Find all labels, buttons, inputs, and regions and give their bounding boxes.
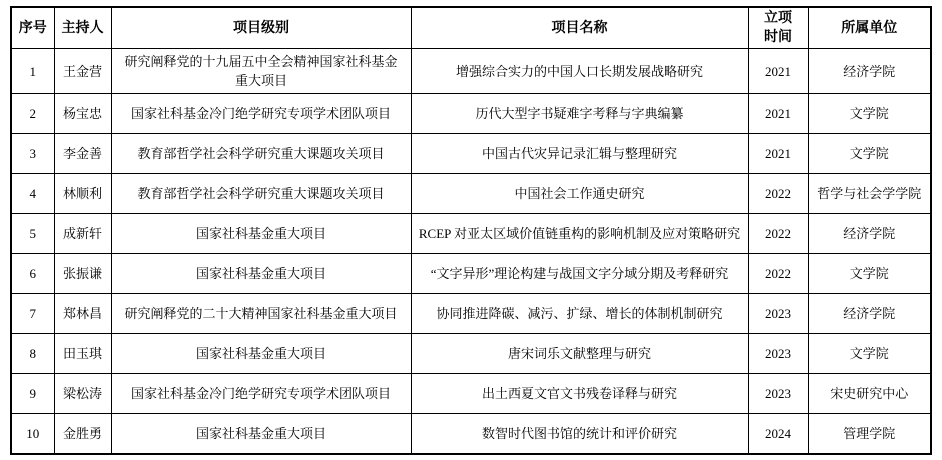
cell-index: 7 — [11, 294, 54, 334]
cell-project-level: 教育部哲学社会科学研究重大课题攻关项目 — [111, 134, 411, 174]
header-approval-year: 立项 时间 — [748, 7, 808, 49]
cell-pi-name: 成新轩 — [54, 214, 111, 254]
cell-project-level: 研究阐释党的十九届五中全会精神国家社科基金 重大项目 — [111, 49, 411, 94]
cell-pi-name: 梁松涛 — [54, 374, 111, 414]
table-row: 1 王金营 研究阐释党的十九届五中全会精神国家社科基金 重大项目 增强综合实力的… — [11, 49, 931, 94]
cell-project-name: 中国古代灾异记录汇辑与整理研究 — [411, 134, 748, 174]
projects-table: 序号 主持人 项目级别 项目名称 立项 时间 所属单位 1 王金营 研究阐释党的… — [10, 6, 932, 455]
cell-project-name: 中国社会工作通史研究 — [411, 174, 748, 214]
cell-project-level: 国家社科基金重大项目 — [111, 414, 411, 454]
cell-approval-year: 2021 — [748, 49, 808, 94]
cell-project-level: 国家社科基金重大项目 — [111, 254, 411, 294]
table-row: 10 金胜勇 国家社科基金重大项目 数智时代图书馆的统计和评价研究 2024 管… — [11, 414, 931, 454]
cell-project-name: 出土西夏文官文书残卷译释与研究 — [411, 374, 748, 414]
cell-unit: 经济学院 — [808, 294, 931, 334]
cell-unit: 文学院 — [808, 134, 931, 174]
cell-project-level: 教育部哲学社会科学研究重大课题攻关项目 — [111, 174, 411, 214]
table-row: 8 田玉琪 国家社科基金重大项目 唐宋词乐文献整理与研究 2023 文学院 — [11, 334, 931, 374]
cell-project-name: “文字异形”理论构建与战国文字分域分期及考释研究 — [411, 254, 748, 294]
cell-unit: 宋史研究中心 — [808, 374, 931, 414]
cell-index: 9 — [11, 374, 54, 414]
cell-project-name: 唐宋词乐文献整理与研究 — [411, 334, 748, 374]
cell-approval-year: 2021 — [748, 94, 808, 134]
cell-unit: 经济学院 — [808, 214, 931, 254]
cell-unit: 哲学与社会学学院 — [808, 174, 931, 214]
table-row: 7 郑林昌 研究阐释党的二十大精神国家社科基金重大项目 协同推进降碳、减污、扩绿… — [11, 294, 931, 334]
document-page: 序号 主持人 项目级别 项目名称 立项 时间 所属单位 1 王金营 研究阐释党的… — [0, 0, 942, 460]
cell-project-level: 国家社科基金冷门绝学研究专项学术团队项目 — [111, 94, 411, 134]
cell-index: 1 — [11, 49, 54, 94]
cell-approval-year: 2023 — [748, 334, 808, 374]
cell-index: 6 — [11, 254, 54, 294]
header-pi-name: 主持人 — [54, 7, 111, 49]
cell-index: 10 — [11, 414, 54, 454]
cell-unit: 管理学院 — [808, 414, 931, 454]
table-row: 2 杨宝忠 国家社科基金冷门绝学研究专项学术团队项目 历代大型字书疑难字考释与字… — [11, 94, 931, 134]
cell-pi-name: 杨宝忠 — [54, 94, 111, 134]
table-row: 4 林顺利 教育部哲学社会科学研究重大课题攻关项目 中国社会工作通史研究 202… — [11, 174, 931, 214]
cell-unit: 文学院 — [808, 334, 931, 374]
cell-project-name: 增强综合实力的中国人口长期发展战略研究 — [411, 49, 748, 94]
table-row: 9 梁松涛 国家社科基金冷门绝学研究专项学术团队项目 出土西夏文官文书残卷译释与… — [11, 374, 931, 414]
cell-project-level: 国家社科基金冷门绝学研究专项学术团队项目 — [111, 374, 411, 414]
cell-index: 8 — [11, 334, 54, 374]
cell-index: 5 — [11, 214, 54, 254]
cell-index: 4 — [11, 174, 54, 214]
cell-pi-name: 郑林昌 — [54, 294, 111, 334]
table-row: 3 李金善 教育部哲学社会科学研究重大课题攻关项目 中国古代灾异记录汇辑与整理研… — [11, 134, 931, 174]
cell-approval-year: 2021 — [748, 134, 808, 174]
cell-unit: 文学院 — [808, 94, 931, 134]
cell-approval-year: 2023 — [748, 374, 808, 414]
cell-project-name: 历代大型字书疑难字考释与字典编纂 — [411, 94, 748, 134]
cell-project-level: 国家社科基金重大项目 — [111, 214, 411, 254]
cell-approval-year: 2022 — [748, 174, 808, 214]
cell-index: 3 — [11, 134, 54, 174]
cell-pi-name: 张振谦 — [54, 254, 111, 294]
cell-project-level: 国家社科基金重大项目 — [111, 334, 411, 374]
header-row: 序号 主持人 项目级别 项目名称 立项 时间 所属单位 — [11, 7, 931, 49]
header-unit: 所属单位 — [808, 7, 931, 49]
cell-project-name: 协同推进降碳、减污、扩绿、增长的体制机制研究 — [411, 294, 748, 334]
table-row: 5 成新轩 国家社科基金重大项目 RCEP 对亚太区域价值链重构的影响机制及应对… — [11, 214, 931, 254]
cell-project-name: 数智时代图书馆的统计和评价研究 — [411, 414, 748, 454]
cell-approval-year: 2022 — [748, 254, 808, 294]
header-index: 序号 — [11, 7, 54, 49]
cell-unit: 经济学院 — [808, 49, 931, 94]
cell-approval-year: 2022 — [748, 214, 808, 254]
cell-project-level: 研究阐释党的二十大精神国家社科基金重大项目 — [111, 294, 411, 334]
cell-pi-name: 田玉琪 — [54, 334, 111, 374]
cell-approval-year: 2023 — [748, 294, 808, 334]
cell-unit: 文学院 — [808, 254, 931, 294]
cell-index: 2 — [11, 94, 54, 134]
header-project-level: 项目级别 — [111, 7, 411, 49]
cell-approval-year: 2024 — [748, 414, 808, 454]
header-project-name: 项目名称 — [411, 7, 748, 49]
cell-pi-name: 王金营 — [54, 49, 111, 94]
table-row: 6 张振谦 国家社科基金重大项目 “文字异形”理论构建与战国文字分域分期及考释研… — [11, 254, 931, 294]
cell-project-name: RCEP 对亚太区域价值链重构的影响机制及应对策略研究 — [411, 214, 748, 254]
cell-pi-name: 李金善 — [54, 134, 111, 174]
cell-pi-name: 金胜勇 — [54, 414, 111, 454]
cell-pi-name: 林顺利 — [54, 174, 111, 214]
